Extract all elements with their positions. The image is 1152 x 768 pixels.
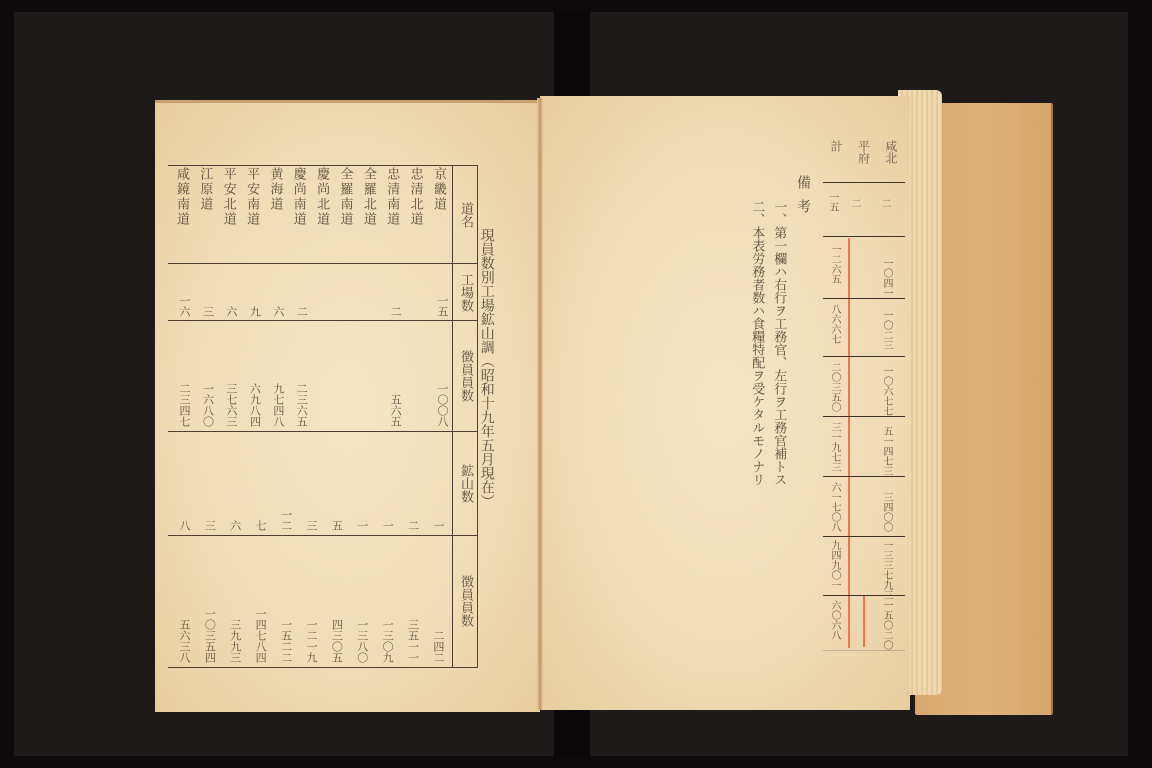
province-name: 黄海道 <box>265 167 284 263</box>
totals-column: 咸北 平府 計 一五 二 二 一二六五 一〇四一 八六六七 一〇二三 二〇三五〇… <box>823 140 905 655</box>
mine-count-cell: 一 <box>426 520 444 531</box>
table-rule <box>168 431 477 432</box>
row-header-mine-count: 鉱山数 <box>452 433 477 533</box>
mine-count-cell: 一二 <box>274 509 292 531</box>
totals-right-cell: 一五〇二〇 <box>881 600 892 650</box>
totals-left-cell: 八六六七 <box>829 304 840 344</box>
factory-mine-table: 道名 工場数 徴員員数 鉱山数 徴員員数 京畿道 忠清北道 忠清南道 全羅北道 … <box>168 165 477 668</box>
date-note: （昭和十九年五月現在） <box>479 354 495 508</box>
mine-staff-row: 二四二 三五一一 一三〇九 一三八〇 四三〇五 一二一九 一五二二 一四七八四 … <box>168 585 452 663</box>
book-spine <box>537 98 543 710</box>
table-rule <box>168 320 477 321</box>
mine-count-cell: 七 <box>248 520 266 531</box>
totals-rule <box>823 476 905 477</box>
factory-count-cell: 六 <box>219 306 237 317</box>
factory-staff-cell: 二三六五 <box>289 383 307 427</box>
totals-right-cell: 五一四七三 <box>881 426 892 476</box>
totals-top-cell: 二 <box>849 198 860 208</box>
province-name: 平安北道 <box>219 167 238 263</box>
mine-count-cell: 一 <box>375 520 393 531</box>
mine-staff-cell: 三五一一 <box>401 619 419 663</box>
mine-staff-cell: 一三〇九 <box>375 619 393 663</box>
factory-count-cell: 一六 <box>172 295 190 317</box>
mine-staff-cell: 一二一九 <box>299 619 317 663</box>
factory-staff-cell: 五六五 <box>383 394 401 427</box>
totals-left-cell: 六〇六八 <box>829 600 840 640</box>
mine-count-row: 一 二 一 一 五 三 一二 七 六 三 八 <box>168 485 452 531</box>
totals-rule <box>823 416 905 417</box>
province-name: 京畿道 <box>429 167 448 263</box>
factory-count-cell: 六 <box>266 306 284 317</box>
row-header-factory-staff: 徴員員数 <box>452 322 477 430</box>
factory-staff-row: 一〇〇八 五六五 二三六五 九七四八 六九八四 三七六三 一六八〇 二三四七 <box>168 325 452 427</box>
province-name: 全羅南道 <box>336 167 355 263</box>
remark-item-2: 二、本表労務者数ハ食糧特配ヲ受ケタルモノナリ <box>748 200 764 486</box>
mine-staff-cell: 一四七八四 <box>248 608 266 663</box>
row-header-factory-count: 工場数 <box>452 265 477 319</box>
totals-right-cell: 一〇二三 <box>881 310 892 350</box>
totals-right-cell: 一〇六七七 <box>881 366 892 416</box>
totals-rule <box>823 595 905 596</box>
factory-staff-cell: 二三四七 <box>172 383 190 427</box>
factory-count-cell: 二 <box>289 306 307 317</box>
totals-rule <box>823 536 905 537</box>
factory-count-cell: 一五 <box>430 295 448 317</box>
totals-rule <box>823 298 905 299</box>
totals-top-cell: 一五 <box>827 192 838 212</box>
province-name: 江原道 <box>195 167 214 263</box>
province-name: 平安南道 <box>242 167 261 263</box>
mine-count-cell: 六 <box>223 520 241 531</box>
totals-right-cell: 一三三七九三 <box>881 540 892 600</box>
totals-rule <box>823 182 905 183</box>
remarks-heading: 備考 <box>793 175 813 223</box>
table-rule <box>168 667 477 668</box>
mine-staff-cell: 四三〇五 <box>324 619 342 663</box>
mine-staff-cell: 五六三八 <box>172 619 190 663</box>
totals-right-cell: 一〇四一 <box>881 258 892 298</box>
red-rule <box>848 238 850 648</box>
mine-staff-cell: 一〇三五四 <box>197 608 215 663</box>
totals-left-cell: 六一七〇八 <box>829 482 840 532</box>
totals-header-cell: 平府 <box>855 140 872 164</box>
factory-count-cell: 二 <box>383 306 401 317</box>
province-row: 京畿道 忠清北道 忠清南道 全羅北道 全羅南道 慶尚北道 慶尚南道 黄海道 平安… <box>168 167 452 263</box>
document-title: 現員数別工場鉱山調 <box>479 228 495 354</box>
row-header-mine-staff: 徴員員数 <box>452 537 477 665</box>
mine-count-cell: 八 <box>172 520 190 531</box>
factory-count-cell: 九 <box>242 306 260 317</box>
factory-staff-cell: 九七四八 <box>266 383 284 427</box>
totals-left-cell: 一二六五 <box>829 244 840 284</box>
factory-staff-cell: 三七六三 <box>219 383 237 427</box>
totals-left-cell: 九四九〇一 <box>829 540 840 590</box>
totals-rule <box>823 356 905 357</box>
province-name: 忠清南道 <box>382 167 401 263</box>
totals-rule <box>823 650 905 651</box>
table-rule <box>168 535 477 536</box>
province-name: 咸鏡南道 <box>172 167 191 263</box>
document-title-column: 現員数別工場鉱山調（昭和十九年五月現在） <box>478 228 495 508</box>
province-name: 慶尚南道 <box>289 167 308 263</box>
remark-item-1: 一、第一欄ハ右行ヲ工務官、左行ヲ工務官補トス <box>770 200 786 486</box>
mine-count-cell: 三 <box>197 520 215 531</box>
totals-top-cell: 二 <box>879 198 890 208</box>
totals-header: 咸北 平府 計 <box>823 140 905 164</box>
factory-count-cell: 三 <box>195 306 213 317</box>
totals-header-cell: 計 <box>828 140 845 164</box>
mine-staff-cell: 一五二二 <box>274 619 292 663</box>
province-name: 忠清北道 <box>406 167 425 263</box>
mine-count-cell: 五 <box>324 520 342 531</box>
province-name: 慶尚北道 <box>312 167 331 263</box>
mine-staff-cell: 一三八〇 <box>350 619 368 663</box>
totals-left-cell: 二〇三五〇 <box>829 362 840 412</box>
mine-count-cell: 一 <box>350 520 368 531</box>
row-header-province: 道名 <box>452 169 477 261</box>
mine-count-cell: 二 <box>401 520 419 531</box>
mine-staff-cell: 二四二 <box>426 630 444 663</box>
totals-rule <box>823 236 905 237</box>
factory-staff-cell: 一〇〇八 <box>430 383 448 427</box>
mine-count-cell: 三 <box>299 520 317 531</box>
table-rule <box>168 263 477 264</box>
factory-count-row: 一五 二 二 六 九 六 三 一六 <box>168 267 452 317</box>
province-name: 全羅北道 <box>359 167 378 263</box>
totals-header-cell: 咸北 <box>883 140 900 164</box>
red-rule <box>863 595 865 647</box>
mine-staff-cell: 三九九三 <box>223 619 241 663</box>
factory-staff-cell: 六九八四 <box>242 383 260 427</box>
totals-right-cell: 三四〇〇 <box>881 492 892 532</box>
table-rule <box>168 165 477 166</box>
totals-left-cell: 三一九七三 <box>829 422 840 472</box>
factory-staff-cell: 一六八〇 <box>195 383 213 427</box>
